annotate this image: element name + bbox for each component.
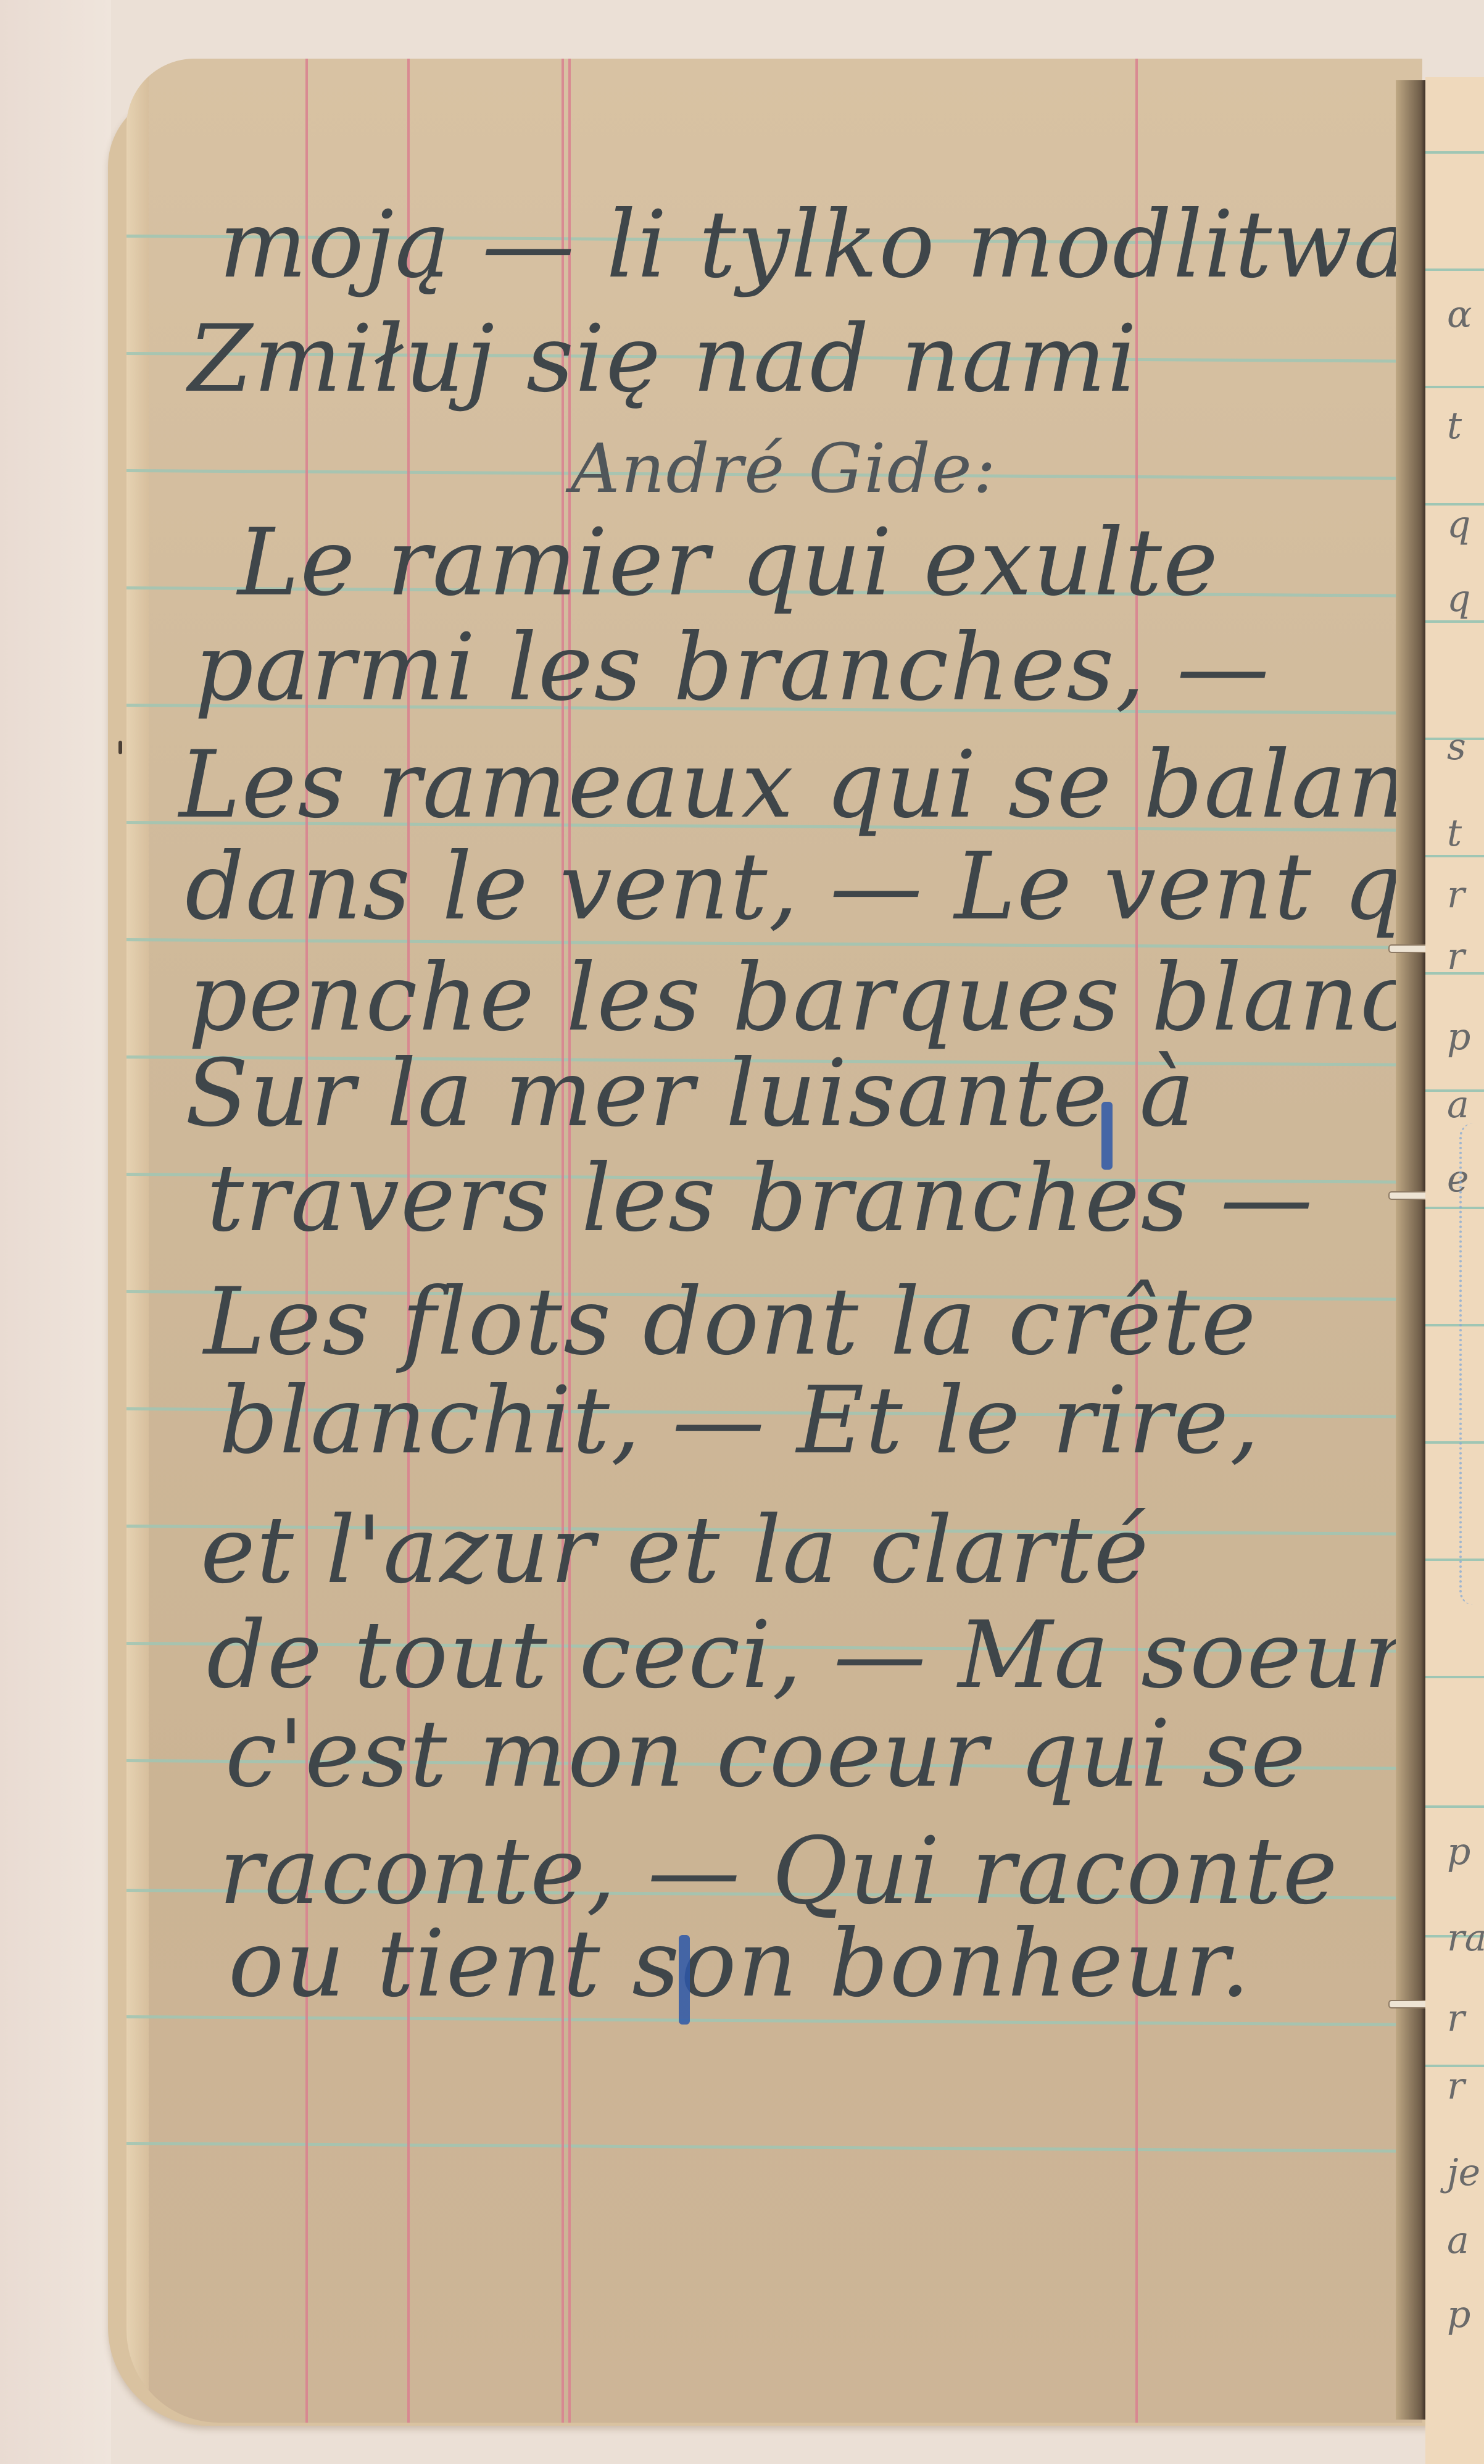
binding-hole [118,741,122,754]
page-fragment: je [1447,2154,1480,2191]
correction-mark [679,1935,690,2025]
text-line: dans le vent, — Le vent qui [185,833,1422,941]
page-fragment: p [1447,1018,1470,1055]
page-fragment: r [1447,2000,1465,2037]
text-line: Zmiłuj się nad nami [188,306,1138,413]
text-line: c'est mon coeur qui se [225,1700,1307,1808]
page-fragment: r [1447,938,1465,975]
page-fragment: ra [1447,1920,1484,1957]
page-fragment: q [1447,506,1470,543]
page-fragment: r [1447,876,1465,914]
text-line: Le ramier qui exulte [238,509,1219,617]
blue-pencil-drawing [1459,1123,1484,1605]
text-line: ou tient son bonheur. [228,1910,1251,2018]
text-line: penche les barques blanches, — [188,944,1422,1052]
page-fragment: q [1447,580,1470,617]
page-fragment: p [1447,2296,1470,2333]
text-line: raconte, — Qui raconte [219,1818,1338,1925]
text-line: blanchit, — Et le rire, [219,1367,1261,1475]
text-line: Sur la mer luisante à [185,1040,1196,1147]
page-fragment: ɑ [1447,296,1472,333]
page-fragment: r [1447,2068,1465,2105]
attribution: André Gide: [571,429,997,508]
page-fragment: p [1447,1833,1470,1870]
page-fragment: s [1447,728,1466,765]
text-line: de tout ceci, — Ma soeur, [207,1602,1422,1709]
page-fragment: t [1447,815,1462,852]
text-line: moją — li tylko modlitwa: [219,191,1422,299]
rule-line [1425,386,1484,388]
page-edge [126,59,149,2423]
notebook-spine [1396,80,1425,2420]
rule-line [1425,855,1484,857]
text-line: et l'azur et la clarté [201,1497,1150,1604]
rule-line [1425,620,1484,623]
text-line: Les flots dont la crête [204,1268,1257,1376]
text-line: Les rameaux qui se balancent [179,731,1422,839]
rule-line [1425,268,1484,271]
rule-line [1425,1676,1484,1678]
page-fragment: a [1447,1086,1469,1123]
page-fragment: a [1447,2222,1469,2259]
table-surface [0,0,111,2464]
text-line: travers les branches — [207,1145,1314,1252]
rule-line [1425,151,1484,154]
text-line: parmi les branches, — [194,614,1271,722]
notebook-page: moją — li tylko modlitwa: Zmiłuj się nad… [126,59,1422,2423]
page-fragment: t [1447,407,1462,444]
rule-line [126,2142,1422,2153]
rule-line [1425,1805,1484,1808]
correction-mark [1101,1102,1113,1170]
